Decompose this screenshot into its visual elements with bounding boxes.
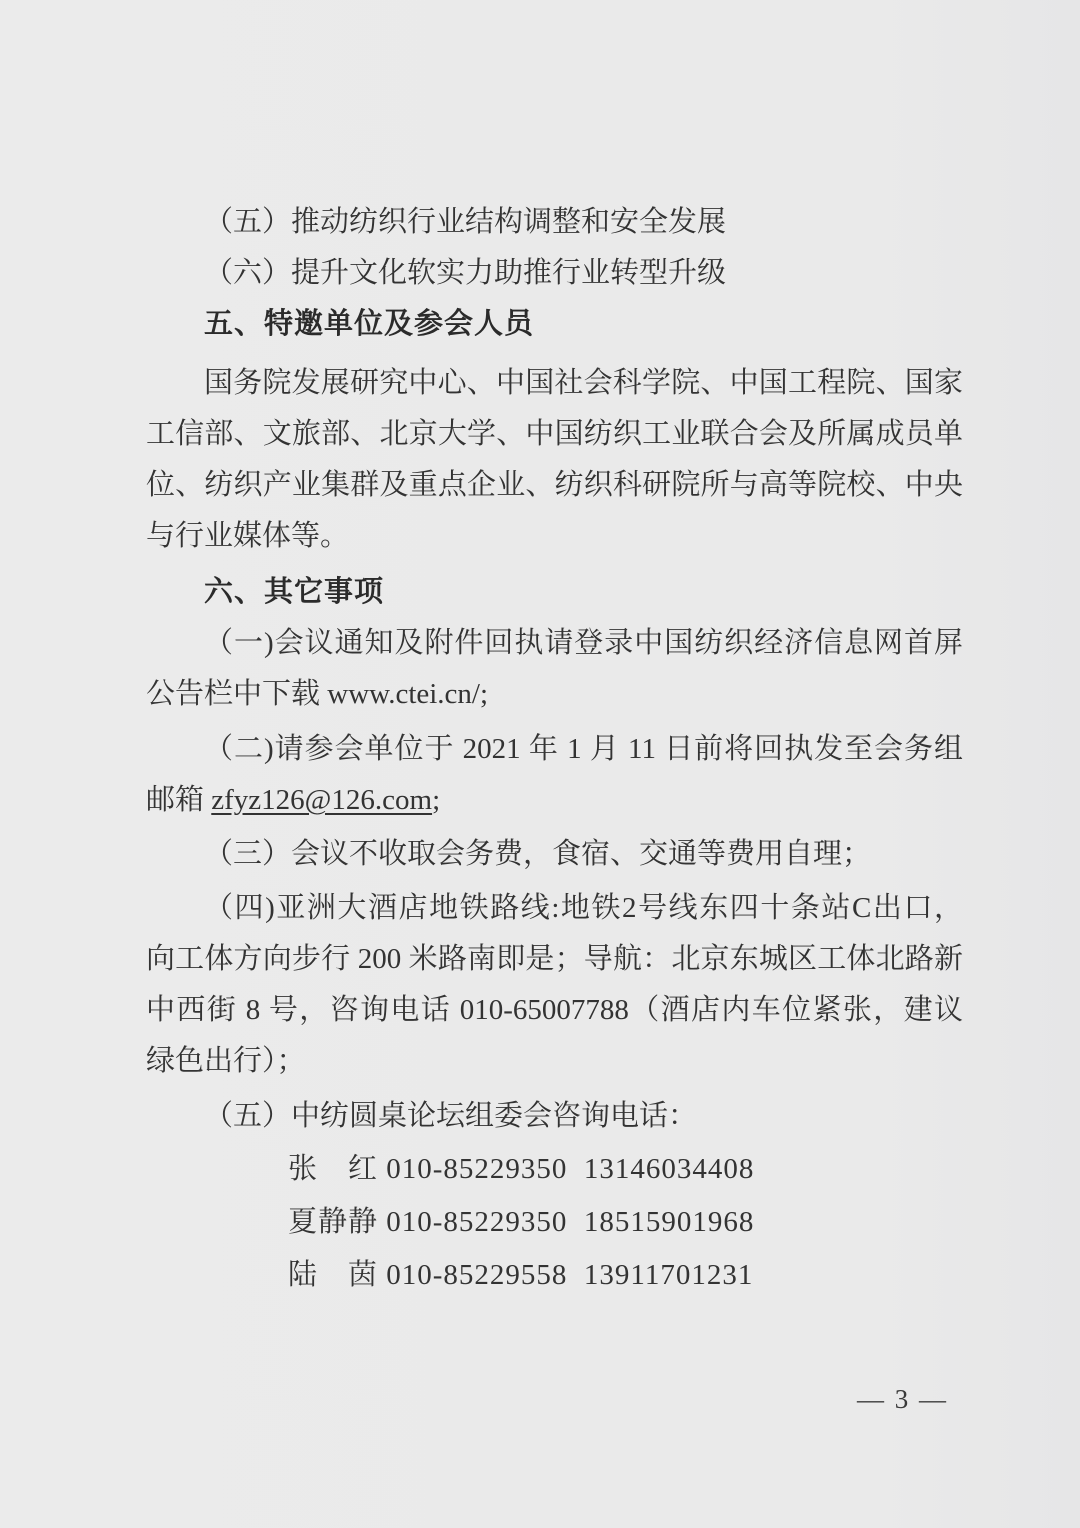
item-5-contacts-heading: （五）中纺圆桌论坛组委会咨询电话： xyxy=(146,1091,963,1142)
paragraph-line: 位、纺织产业集群及重点企业、纺织科研院所与高等院校、中央 xyxy=(146,460,963,511)
section-heading-invited-units: 五、特邀单位及参会人员 xyxy=(146,299,963,350)
item-4-directions-line: （四)亚洲大酒店地铁路线:地铁2号线东四十条站C出口， xyxy=(146,883,963,934)
item-3-fees-line: （三）会议不收取会务费，食宿、交通等费用自理； xyxy=(146,829,963,880)
email-address: zfyz126@126.com xyxy=(211,784,432,816)
list-item-5-agenda: （五）推动纺织行业结构调整和安全发展 xyxy=(146,197,963,248)
document-page: （五）推动纺织行业结构调整和安全发展 （六）提升文化软实力助推行业转型升级 五、… xyxy=(0,0,1080,1528)
item-1-url-line: 公告栏中下载 www.ctei.cn/; xyxy=(146,669,963,720)
email-label: 邮箱 xyxy=(146,784,211,816)
item-4-directions-line: 向工体方向步行 200 米路南即是；导航：北京东城区工体北路新 xyxy=(146,934,963,985)
contact-row-zhang-hong: 张 红 010-85229350 13146034408 xyxy=(146,1144,963,1195)
list-item-6-agenda: （六）提升文化软实力助推行业转型升级 xyxy=(146,248,963,299)
contact-row-lu-yin: 陆 茵 010-85229558 13911701231 xyxy=(146,1250,963,1301)
contact-row-xia-jingjing: 夏静静 010-85229350 18515901968 xyxy=(146,1197,963,1248)
item-4-directions-line: 中西街 8 号，咨询电话 010-65007788（酒店内车位紧张，建议 xyxy=(146,985,963,1036)
item-4-directions-line: 绿色出行）； xyxy=(146,1036,963,1087)
email-suffix: ; xyxy=(432,784,440,816)
paragraph-line: 与行业媒体等。 xyxy=(146,511,963,562)
document-body: （五）推动纺织行业结构调整和安全发展 （六）提升文化软实力助推行业转型升级 五、… xyxy=(146,197,963,1301)
item-2-reply-line: （二)请参会单位于 2021 年 1 月 11 日前将回执发至会务组 xyxy=(146,724,963,775)
item-1-notice-line: （一)会议通知及附件回执请登录中国纺织经济信息网首屏 xyxy=(146,618,963,669)
paragraph-line: 工信部、文旅部、北京大学、中国纺织工业联合会及所属成员单 xyxy=(146,409,963,460)
item-2-email-line: 邮箱 zfyz126@126.com; xyxy=(146,775,963,826)
section-heading-other-matters: 六、其它事项 xyxy=(146,567,963,618)
paragraph-line: 国务院发展研究中心、中国社会科学院、中国工程院、国家 xyxy=(146,358,963,409)
page-number: — 3 — xyxy=(857,1384,948,1415)
